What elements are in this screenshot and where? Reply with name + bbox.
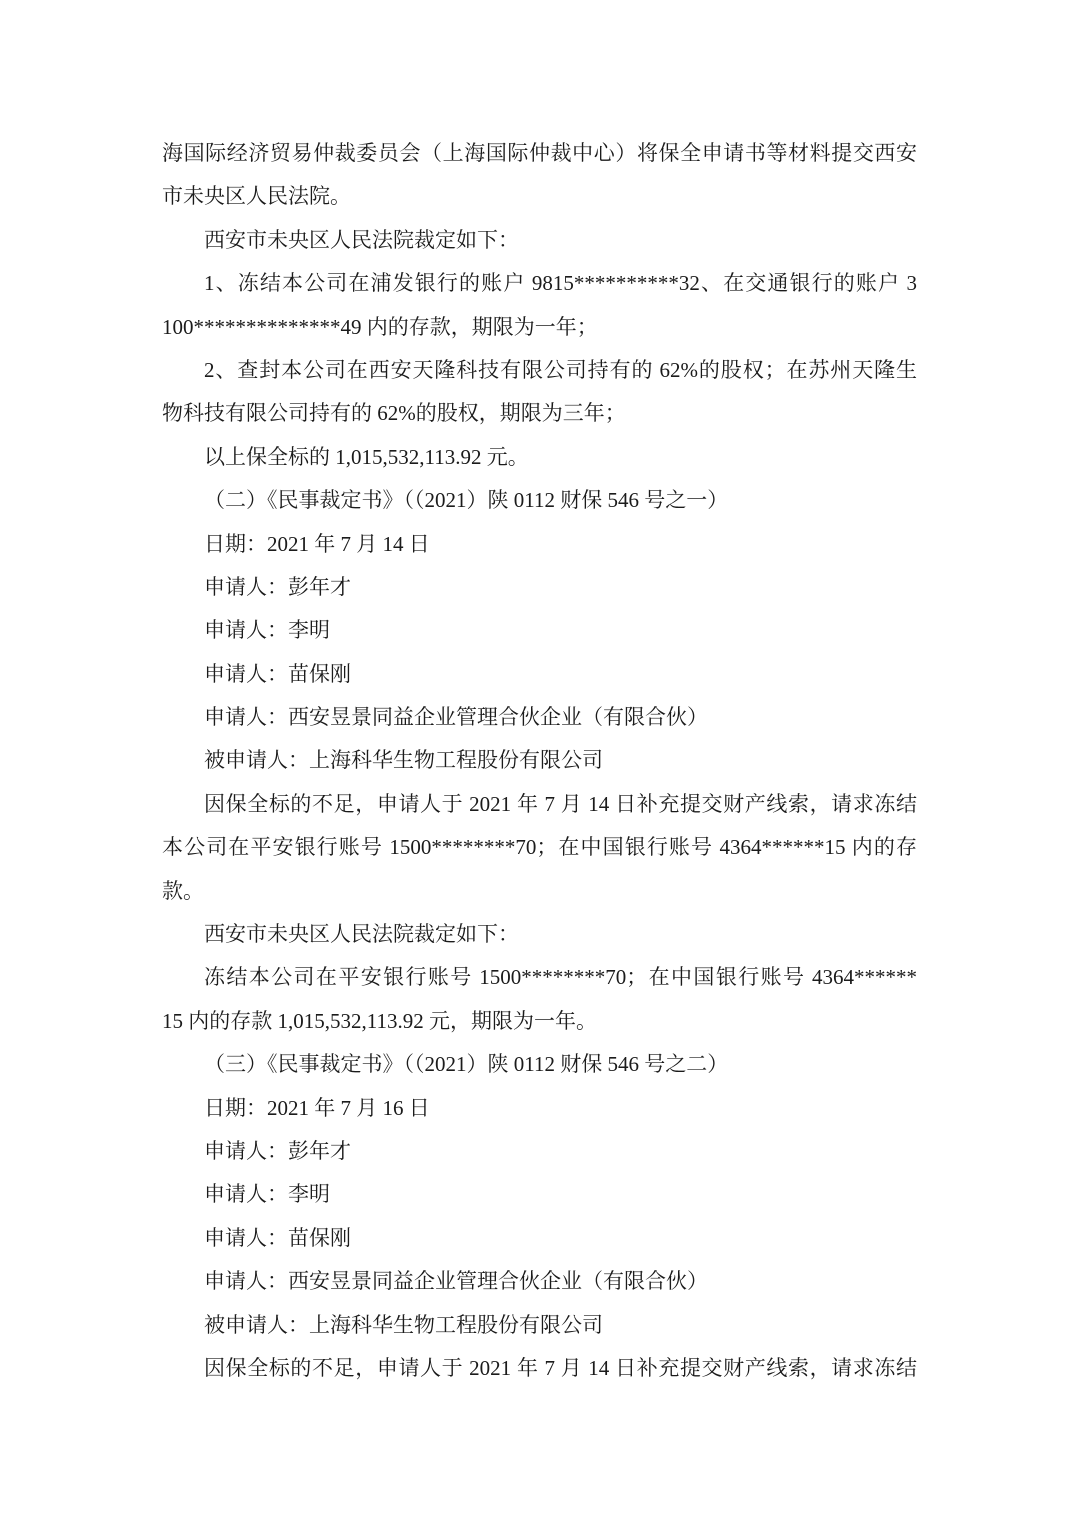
document-line: 冻结本公司在平安银行账号 1500********70；在中国银行账号 4364…: [162, 956, 917, 999]
document-line: 物科技有限公司持有的 62%的股权，期限为三年；: [162, 392, 917, 435]
document-line: 因保全标的不足，申请人于 2021 年 7 月 14 日补充提交财产线索，请求冻…: [162, 783, 917, 826]
document-line: 申请人：苗保刚: [162, 653, 917, 696]
document-line: （三）《民事裁定书》（（2021）陕 0112 财保 546 号之二）: [162, 1043, 917, 1086]
document-line: 申请人：西安昱景同益企业管理合伙企业（有限合伙）: [162, 696, 917, 739]
document-line: 申请人：西安昱景同益企业管理合伙企业（有限合伙）: [162, 1260, 917, 1303]
document-page: 海国际经济贸易仲裁委员会（上海国际仲裁中心）将保全申请书等材料提交西安市未央区人…: [0, 0, 1080, 1527]
document-line: 被申请人：上海科华生物工程股份有限公司: [162, 1304, 917, 1347]
document-line: 申请人：李明: [162, 609, 917, 652]
document-line: 以上保全标的 1,015,532,113.92 元。: [162, 436, 917, 479]
document-line: 西安市未央区人民法院裁定如下：: [162, 219, 917, 262]
document-line: （二）《民事裁定书》（（2021）陕 0112 财保 546 号之一）: [162, 479, 917, 522]
document-line: 2、查封本公司在西安天隆科技有限公司持有的 62%的股权；在苏州天隆生: [162, 349, 917, 392]
document-line: 日期：2021 年 7 月 16 日: [162, 1087, 917, 1130]
document-line: 本公司在平安银行账号 1500********70；在中国银行账号 4364**…: [162, 826, 917, 869]
document-line: 被申请人：上海科华生物工程股份有限公司: [162, 739, 917, 782]
document-line: 申请人：彭年才: [162, 566, 917, 609]
document-line: 海国际经济贸易仲裁委员会（上海国际仲裁中心）将保全申请书等材料提交西安: [162, 132, 917, 175]
document-line: 申请人：苗保刚: [162, 1217, 917, 1260]
document-line: 申请人：李明: [162, 1173, 917, 1216]
document-line: 市未央区人民法院。: [162, 175, 917, 218]
document-line: 西安市未央区人民法院裁定如下：: [162, 913, 917, 956]
document-line: 款。: [162, 870, 917, 913]
document-line: 因保全标的不足，申请人于 2021 年 7 月 14 日补充提交财产线索，请求冻…: [162, 1347, 917, 1390]
document-line: 日期：2021 年 7 月 14 日: [162, 523, 917, 566]
document-body: 海国际经济贸易仲裁委员会（上海国际仲裁中心）将保全申请书等材料提交西安市未央区人…: [162, 132, 917, 1390]
document-line: 100**************49 内的存款，期限为一年；: [162, 306, 917, 349]
document-line: 1、冻结本公司在浦发银行的账户 9815**********32、在交通银行的账…: [162, 262, 917, 305]
document-line: 15 内的存款 1,015,532,113.92 元，期限为一年。: [162, 1000, 917, 1043]
document-line: 申请人：彭年才: [162, 1130, 917, 1173]
